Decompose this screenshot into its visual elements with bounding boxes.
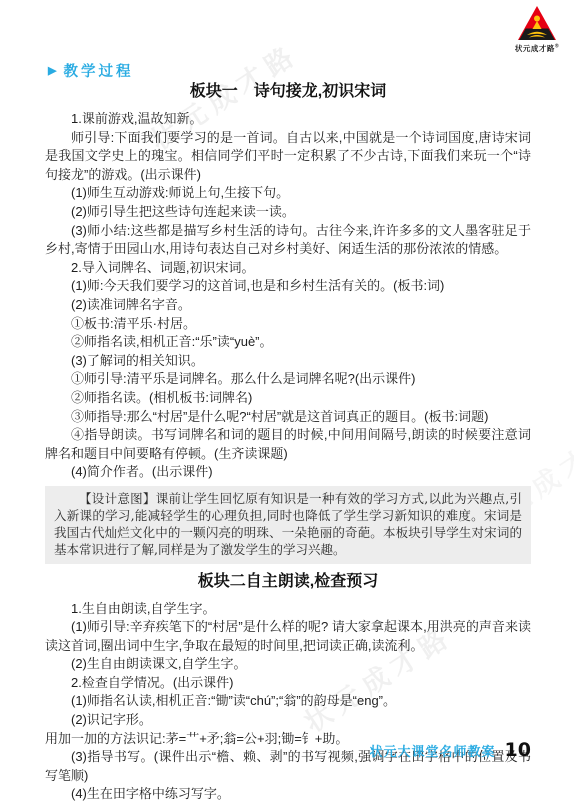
paragraph: 2.检查自学情况。(出示课件) — [45, 674, 531, 693]
paragraph: (1)师指名认读,相机正音:“锄”读“chú”;“翁”的韵母是“eng”。 — [45, 692, 531, 711]
process-header: ▶ 教学过程 — [48, 60, 133, 81]
paragraph: (2)生自由朗读课文,自学生字。 — [45, 655, 531, 674]
block1-title: 板块一诗句接龙,初识宋词 — [45, 81, 531, 103]
paragraph: (3)师小结:这些都是描写乡村生活的诗句。古往今来,许许多多的文人墨客驻足于乡村… — [45, 222, 531, 259]
block1-title-text: 诗句接龙,初识宋词 — [254, 83, 386, 100]
paragraph: 2.导入词牌名、词题,初识宋词。 — [45, 259, 531, 278]
paragraph: 师引导:下面我们要学习的是一首词。自古以来,中国就是一个诗词国度,唐诗宋词是我国… — [45, 129, 531, 185]
paragraph: (4)生在田字格中练习写字。 — [45, 785, 531, 802]
lesson-content: 板块一诗句接龙,初识宋词 1.课前游戏,温故知新。 师引导:下面我们要学习的是一… — [45, 81, 531, 802]
paragraph: 1.生自由朗读,自学生字。 — [45, 600, 531, 619]
paragraph: ①板书:清平乐·村居。 — [45, 315, 531, 334]
footer-brand: 状元大课堂名师教案 — [370, 741, 496, 760]
paragraph: ②师指名读,相机正音:“乐”读“yuè”。 — [45, 333, 531, 352]
brand-logo: 状元成才路® — [510, 5, 564, 54]
paragraph: (2)读准词牌名字音。 — [45, 296, 531, 315]
block2-title-text: 自主朗读,检查预习 — [246, 573, 378, 590]
paragraph: (3)了解词的相关知识。 — [45, 352, 531, 371]
paragraph: (2)师引导生把这些诗句连起来读一读。 — [45, 203, 531, 222]
paragraph: ①师引导:清平乐是词牌名。那么什么是词牌名呢?(出示课件) — [45, 370, 531, 389]
play-arrow-icon: ▶ — [48, 64, 56, 77]
paragraph: 1.课前游戏,温故知新。 — [45, 110, 531, 129]
page-number: 10 — [505, 739, 531, 761]
paragraph: ③师指导:那么“村居”是什么呢?“村居”就是这首词真正的题目。(板书:词题) — [45, 408, 531, 427]
block2-title-label: 板块二 — [198, 573, 246, 590]
paragraph: ④指导朗读。书写词牌名和词的题目的时候,中间用间隔号,朗读的时候要注意词牌名和题… — [45, 426, 531, 463]
block2-title: 板块二自主朗读,检查预习 — [45, 571, 531, 593]
design-intent-block: 【设计意图】课前让学生回忆原有知识是一种有效的学习方式,以此为兴趣点,引入新课的… — [45, 486, 531, 564]
brand-triangle-icon — [510, 5, 564, 41]
paragraph: (1)师:今天我们要学习的这首词,也是和乡村生活有关的。(板书:词) — [45, 277, 531, 296]
paragraph: ②师指名读。(相机板书:词牌名) — [45, 389, 531, 408]
process-header-label: 教学过程 — [63, 60, 133, 81]
block1-title-label: 板块一 — [190, 83, 238, 100]
brand-name: 状元成才路® — [510, 43, 564, 54]
paragraph: (4)简介作者。(出示课件) — [45, 463, 531, 482]
page-footer: 状元大课堂名师教案 10 — [370, 739, 531, 761]
paragraph: (1)师引导:辛弃疾笔下的“村居”是什么样的呢? 请大家拿起课本,用洪亮的声音来… — [45, 618, 531, 655]
lesson-plan-page: 状元成才路 状元成才路 状元成才路 状元成才路® ▶ 教学过程 板块一诗句接龙,… — [0, 0, 574, 802]
design-intent-text: 【设计意图】课前让学生回忆原有知识是一种有效的学习方式,以此为兴趣点,引入新课的… — [54, 491, 522, 559]
paragraph: (1)师生互动游戏:师说上句,生接下句。 — [45, 184, 531, 203]
registered-mark: ® — [555, 44, 559, 50]
paragraph: (2)识记字形。 — [45, 711, 531, 730]
